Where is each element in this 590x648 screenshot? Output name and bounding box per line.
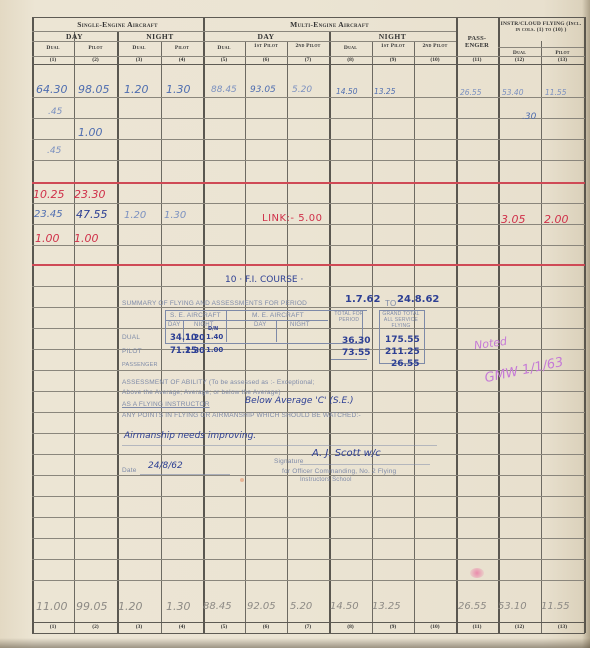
points-underline [122,445,437,446]
total-col3: 1.20 [118,601,143,612]
table-left-border [32,17,34,633]
col-num-13: (13) [541,58,584,64]
stamp-me-night: NIGHT [290,322,310,328]
footer-col-num-8: (8) [329,625,372,631]
period-from: 1.7.62 [345,295,380,305]
header-me-night: NIGHT [329,33,456,41]
footer-col-num-5: (5) [203,625,245,631]
col-label-10: 2nd Pilot [418,43,452,49]
col-num-5: (5) [203,58,245,64]
stamp-se-aircraft: S. E. AIRCRAFT [170,312,221,319]
sum-red-col2: 23.30 [74,189,106,200]
row-line [32,97,585,98]
footer-col-num-2: (2) [74,625,117,631]
period-to: 24.8.62 [397,295,439,305]
total-col4: 1.30 [166,601,191,612]
row3-col2: 1.00 [78,127,103,138]
row-line [32,307,585,308]
row-line [32,433,585,434]
summary-table-subline [165,320,328,321]
row-line [32,286,585,287]
passenger-grand: 26.55 [391,360,419,369]
pilot-grand: 211.25 [385,348,420,357]
sum-red3-col2: 1.00 [74,233,99,244]
row-line [32,454,585,455]
row3-col12: .30 [522,113,536,122]
row-line [32,496,585,497]
signature-underline [300,464,430,465]
row-line [32,580,585,581]
bf-col7: 5.20 [292,86,312,95]
sum-blue-col1: 23.45 [34,210,63,220]
page-edge-shadow [582,0,590,648]
col-divider [117,31,119,633]
col-label-5: Dual [203,46,245,52]
stamp-label-pilot: PILOT [122,348,142,355]
row-line [32,538,585,539]
col-num-10: (10) [414,58,456,64]
bf-col2: 98.05 [78,84,110,95]
col-label-9: 1st Pilot [376,43,410,49]
stamp-se-day: DAY [168,322,181,328]
as-flying-instructor-label: AS A FLYING INSTRUCTOR [122,401,210,408]
footer-col-num-6: (6) [245,625,287,631]
col-label-2: Pilot [74,46,117,52]
totals-top-line [32,622,585,623]
date-underline [140,474,230,475]
header-divider [32,41,456,42]
row-line [32,118,585,119]
red-ruling-bottom [32,264,585,266]
footer-col-num-11: (11) [456,625,498,631]
header-passenger: PASS-ENGER [458,36,496,49]
footer-col-num-4: (4) [161,625,203,631]
col-num-1: (1) [32,58,74,64]
col-divider [161,41,162,633]
col-num-4: (4) [161,58,203,64]
stamp-me-aircraft: M. E. AIRCRAFT [252,312,304,319]
bf-col6: 93.05 [250,86,276,95]
total-col12: 53.10 [498,602,527,612]
total-col9: 13.25 [372,602,401,612]
row-line [32,517,585,518]
summary-table-divider [276,320,277,342]
col-num-12: (12) [498,58,541,64]
sum-red-col13: 2.00 [544,214,569,225]
sum-red3-col1: 1.00 [35,233,60,244]
bf-col11: 26.55 [460,89,481,97]
col-num-11: (11) [456,58,498,64]
pilot-se-night: 1.30 [185,347,205,355]
header-me-day: DAY [203,33,329,41]
total-col5: 88.45 [203,602,232,612]
bf-col3: 1.20 [124,84,149,95]
sum-blue-col2: 47.55 [76,209,108,220]
col-num-8: (8) [329,58,372,64]
bf-col13: 11.55 [545,89,566,97]
summary-title-prefix: SUMMARY OF FLYING AND ASSESSMENTS FOR PE… [122,300,307,307]
stamp-me-day: DAY [254,322,267,328]
col-divider [74,31,75,633]
stain-mark [240,478,244,482]
ink-smudge [470,568,484,578]
total-col2: 99.05 [76,601,108,612]
points-label: ANY POINTS IN FLYING OR AIRMANSHIP WHICH… [122,412,361,419]
summary-table-divider [226,310,227,342]
row2-col1: .45 [48,108,62,117]
dual-se-night-extra: 1.40 [206,334,223,341]
sum-red-col12: 3.05 [501,214,526,225]
red-ruling-top [32,182,585,184]
total-col1: 11.00 [36,601,68,612]
footer-col-num-13: (13) [541,625,584,631]
row4-col1: .45 [47,147,61,156]
dual-grand: 175.55 [385,336,420,345]
row-line [32,559,585,560]
signature-for-line2: Instructors School [300,477,352,483]
stamp-label-passenger: PASSENGER [122,362,158,368]
dual-se-night: 1.20 [185,334,205,342]
row-line [32,391,585,392]
header-se-night: NIGHT [117,33,203,41]
header-se-day: DAY [32,33,117,41]
total-col11: 26.55 [458,602,487,612]
footer-col-num-9: (9) [372,625,414,631]
row-line [32,245,585,246]
signature-for-line1: for Officer Commanding, No. 2 Flying [282,468,396,475]
page-bottom-shadow [0,638,590,648]
bf-col1: 64.30 [36,84,68,95]
date-label: Date [122,467,137,474]
col-divider [541,41,542,633]
footer-col-num-7: (7) [287,625,329,631]
footer-col-num-12: (12) [498,625,541,631]
period-to-label: TO [385,299,396,308]
header-instr-cloud: INSTR/CLOUD FLYING (Incl. in cols. (1) t… [500,21,582,33]
stamp-total-for-period: TOTAL FOR PERIOD [334,312,364,324]
sum-blue-col3: 1.20 [124,211,146,221]
row-line [32,475,585,476]
col-num-2: (2) [74,58,117,64]
dual-total: 36.30 [342,337,370,346]
col-num-9: (9) [372,58,414,64]
signature-value: A. J. Scott w/c [312,449,381,459]
footer-col-num-3: (3) [117,625,161,631]
footer-col-num-10: (10) [414,625,456,631]
row-line [32,139,585,140]
col-label-6: 1st Pilot [249,43,283,49]
col-num-6: (6) [245,58,287,64]
logbook-page: Single-Engine Aircraft Multi-Engine Airc… [0,0,590,648]
row-line [32,349,585,350]
col-label-8: Dual [329,46,372,52]
sum-blue-col4: 1.30 [164,211,186,221]
total-col8: 14.50 [330,602,359,612]
col-divider [372,41,373,633]
assessment-line1: ASSESSMENT OF ABILITY (To be assessed as… [122,379,315,386]
assessment-line2: Above the Average; Average; or below the… [122,389,281,396]
row-line [32,160,585,161]
col-label-13: Pilot [541,51,584,57]
pilot-total: 73.55 [342,349,370,358]
dn-note: D/N [208,327,218,332]
date-value: 24/8/62 [148,462,183,471]
points-value: Airmanship needs improving. [124,432,256,441]
table-bottom-border [32,633,585,634]
sum-red-col1: 10.25 [33,189,65,200]
total-col7: 5.20 [290,602,312,612]
summary-title: SUMMARY OF FLYING AND ASSESSMENTS FOR PE… [122,300,307,307]
total-col13: 11.55 [541,602,570,612]
bf-col9: 13.25 [374,88,395,96]
col-label-4: Pilot [161,46,203,52]
bf-col12: 53.40 [502,89,523,97]
col-label-7: 2nd Pilot [291,43,325,49]
noted-initials: GMW 1/1/63 [484,356,565,385]
col-divider [498,17,500,633]
header-divider [498,47,584,48]
bf-col4: 1.30 [166,84,191,95]
col-num-3: (3) [117,58,161,64]
col-label-12: Dual [498,51,541,57]
col-divider [456,17,458,633]
stamp-grand-total: GRAND TOTAL ALL SERVICE FLYING [381,312,421,329]
link-trainer-note: LINK:- 5.00 [262,214,322,224]
bf-col8: 14.50 [336,88,357,96]
footer-col-num-1: (1) [32,625,74,631]
col-label-3: Dual [117,46,161,52]
stamp-label-dual: DUAL [122,334,140,341]
pilot-se-night-extra: 1.00 [206,347,223,354]
header-single-engine: Single-Engine Aircraft [32,21,203,29]
total-col6: 92.05 [247,602,276,612]
header-bottom [32,64,585,65]
row-line [32,203,585,204]
course-title: 10 · F.I. COURSE · [225,276,303,285]
as-flying-instructor-value: Below Average 'C' (S.E.) [245,397,354,406]
col-label-1: Dual [32,46,74,52]
col-num-7: (7) [287,58,329,64]
table-top-border [32,17,585,18]
header-multi-engine: Multi-Engine Aircraft [203,21,456,29]
bf-col5: 88.45 [211,86,237,95]
